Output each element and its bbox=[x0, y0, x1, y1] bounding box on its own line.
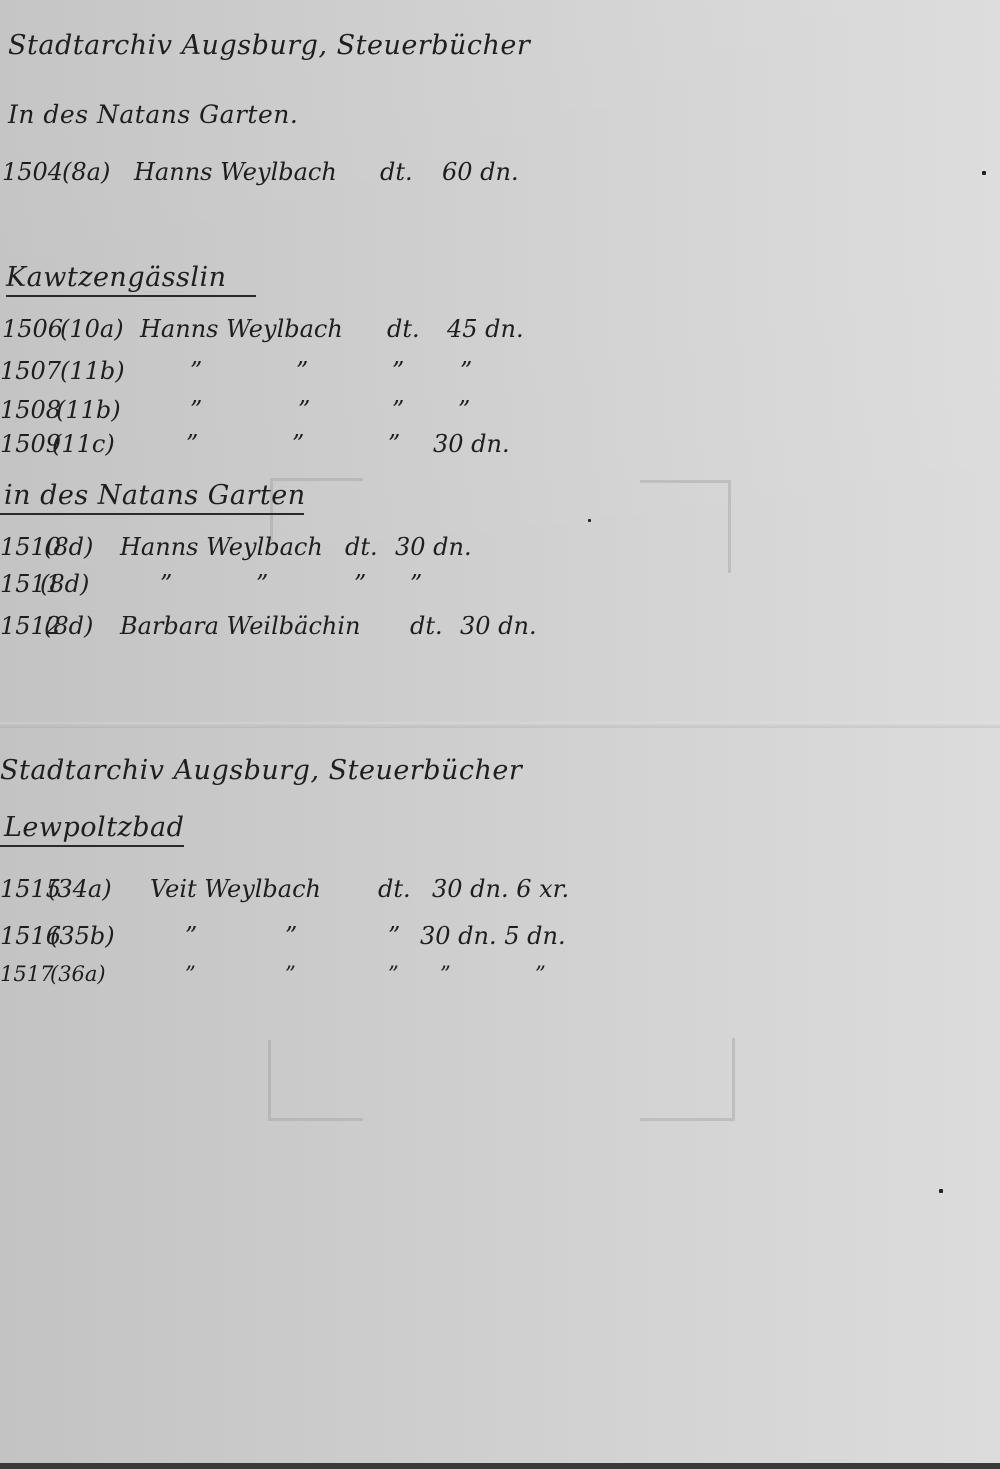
archive-source-title: Stadtarchiv Augsburg, Steuerbücher bbox=[0, 755, 522, 786]
ditto-mark: ” bbox=[186, 430, 198, 458]
entry-name: Hanns Weylbach bbox=[134, 158, 337, 186]
fold-crease bbox=[0, 722, 1000, 728]
ditto-mark: ” bbox=[388, 922, 400, 950]
ditto-mark: ” bbox=[292, 430, 304, 458]
entry-name: Barbara Weilbächin bbox=[120, 612, 360, 640]
entry-dt: dt. bbox=[345, 533, 378, 561]
entry-dt: dt. bbox=[380, 158, 413, 186]
entry-year: 1508 bbox=[0, 396, 61, 424]
ditto-mark: ” bbox=[285, 922, 297, 950]
ink-speck bbox=[982, 171, 986, 175]
document-sheet: Stadtarchiv Augsburg, Steuerbücher In de… bbox=[0, 0, 1000, 1469]
entry-amount: 30 dn. 5 dn. bbox=[420, 922, 566, 950]
entry-ref: (11b) bbox=[56, 396, 121, 424]
ditto-mark: ” bbox=[190, 357, 202, 385]
ditto-mark: ” bbox=[388, 430, 400, 458]
ink-speck bbox=[588, 519, 591, 522]
ditto-mark: ” bbox=[296, 357, 308, 385]
entry-ref: (8a) bbox=[62, 158, 110, 186]
ditto-mark: ” bbox=[388, 962, 399, 986]
section-heading: Lewpoltzbad bbox=[0, 812, 184, 847]
entry-name: Hanns Weylbach bbox=[140, 315, 343, 343]
ditto-mark: ” bbox=[392, 357, 404, 385]
entry-name: Hanns Weylbach bbox=[120, 533, 323, 561]
entry-ref: (36a) bbox=[50, 962, 106, 986]
entry-dt: dt. bbox=[378, 875, 411, 903]
entry-year: 1517 bbox=[0, 962, 53, 986]
entry-year: 1504 bbox=[2, 158, 63, 186]
ditto-mark: ” bbox=[354, 570, 366, 598]
show-through-bracket bbox=[640, 1038, 735, 1121]
entry-row: 1517 (36a) ” ” ” ” ” bbox=[0, 962, 27, 1178]
section-heading: In des Natans Garten. bbox=[8, 100, 298, 129]
section-heading: in des Natans Garten bbox=[0, 480, 304, 515]
ink-speck bbox=[939, 1189, 943, 1193]
entry-amount: 30 dn. bbox=[395, 533, 472, 561]
ditto-mark: ” bbox=[285, 962, 296, 986]
section-heading: Kawtzengässlin bbox=[6, 262, 256, 297]
ditto-mark: ” bbox=[458, 396, 470, 424]
entry-ref: (10a) bbox=[60, 315, 124, 343]
ditto-mark: ” bbox=[440, 962, 451, 986]
archive-source-title: Stadtarchiv Augsburg, Steuerbücher bbox=[8, 30, 530, 61]
entry-ref: (35b) bbox=[50, 922, 115, 950]
scan-bottom-edge bbox=[0, 1463, 1000, 1469]
show-through-bracket bbox=[268, 1040, 363, 1121]
ditto-mark: ” bbox=[190, 396, 202, 424]
entry-ref: (8d) bbox=[40, 570, 89, 598]
entry-ref: (34a) bbox=[48, 875, 112, 903]
entry-dt: dt. bbox=[410, 612, 443, 640]
entry-ref: (8d) bbox=[44, 533, 93, 561]
ditto-mark: ” bbox=[535, 962, 546, 986]
ditto-mark: ” bbox=[460, 357, 472, 385]
show-through-bracket bbox=[640, 480, 731, 573]
ditto-mark: ” bbox=[410, 570, 422, 598]
entry-amount: 60 dn. bbox=[442, 158, 519, 186]
entry-dt: dt. bbox=[387, 315, 420, 343]
entry-ref: (8d) bbox=[44, 612, 93, 640]
entry-amount: 45 dn. bbox=[447, 315, 524, 343]
ditto-mark: ” bbox=[392, 396, 404, 424]
ditto-mark: ” bbox=[298, 396, 310, 424]
entry-year: 1506 bbox=[2, 315, 63, 343]
entry-amount: 30 dn. 6 xr. bbox=[432, 875, 569, 903]
entry-amount: 30 dn. bbox=[460, 612, 537, 640]
entry-name: Veit Weylbach bbox=[150, 875, 321, 903]
entry-year: 1507 bbox=[0, 357, 61, 385]
ditto-mark: ” bbox=[185, 922, 197, 950]
ditto-mark: ” bbox=[160, 570, 172, 598]
entry-amount: 30 dn. bbox=[433, 430, 510, 458]
entry-ref: (11c) bbox=[52, 430, 115, 458]
ditto-mark: ” bbox=[185, 962, 196, 986]
entry-ref: (11b) bbox=[60, 357, 125, 385]
ditto-mark: ” bbox=[256, 570, 268, 598]
